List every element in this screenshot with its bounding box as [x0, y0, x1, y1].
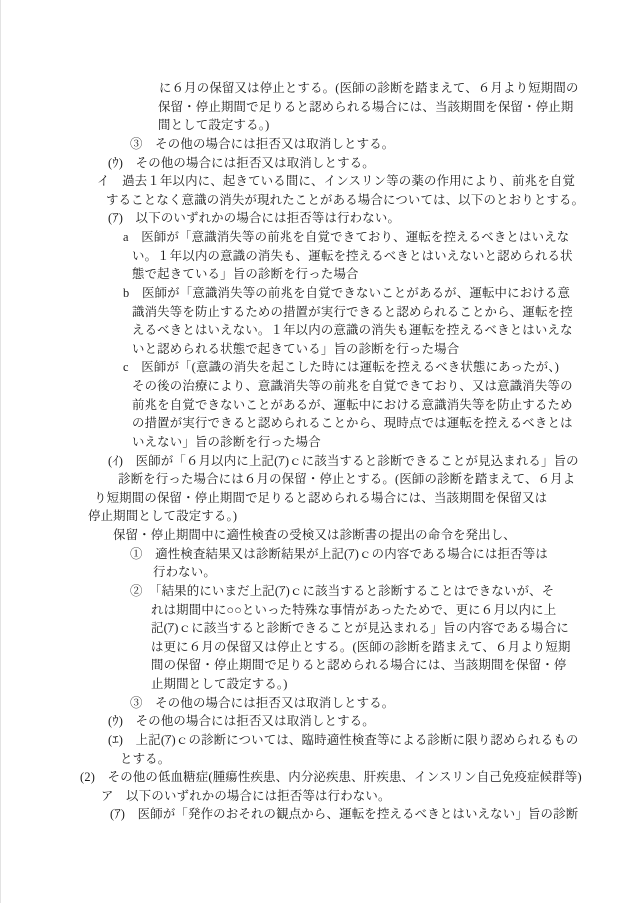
text-line: 止期間として設定する。): [0, 675, 630, 694]
text-line: れは期間中に○○といった特殊な事情があったためで、更に６月以内に上: [0, 601, 630, 620]
text-line: ア 以下のいずれかの場合には拒否等は行わない。: [0, 787, 630, 806]
text-line: (ｴ) 上記(ｱ)ｃの診断については、臨時適性検査等による診断に限り認められるも…: [0, 731, 630, 750]
text-line: に６月の保留又は停止とする。(医師の診断を踏まえて、６月より短期間の: [0, 79, 630, 98]
text-line: (ｲ) 医師が「６月以内に上記(ｱ)ｃに該当すると診断できることが見込まれる」旨…: [0, 452, 630, 471]
document-page: に６月の保留又は停止とする。(医師の診断を踏まえて、６月より短期間の保留・停止期…: [0, 0, 630, 903]
text-line: することなく意識の消失が現れたことがある場合については、以下のとおりとする。: [0, 191, 630, 210]
text-line: いと認められる状態で起きている」旨の診断を行った場合: [0, 340, 630, 359]
text-line: 保留・停止期間中に適性検査の受検又は診断書の提出の命令を発出し、: [0, 526, 630, 545]
document-body: に６月の保留又は停止とする。(医師の診断を踏まえて、６月より短期間の保留・停止期…: [0, 79, 630, 824]
text-line: ③ その他の場合には拒否又は取消しとする。: [0, 135, 630, 154]
text-line: の措置が実行できると認められることから、現時点では運転を控えるべきとは: [0, 414, 630, 433]
text-line: 前兆を自覚できないことがあるが、運転中における意識消失等を防止するため: [0, 396, 630, 415]
text-line: は更に６月の保留又は停止とする。(医師の診断を踏まえて、６月より短期: [0, 638, 630, 657]
text-line: とする。: [0, 750, 630, 769]
text-line: その後の治療により、意識消失等の前兆を自覚できており、又は意識消失等の: [0, 377, 630, 396]
text-line: 間の保留・停止期間で足りると認められる場合には、当該期間を保留・停: [0, 656, 630, 675]
text-line: えるべきとはいえない。１年以内の意識の消失も運転を控えるべきとはいえな: [0, 321, 630, 340]
text-line: ① 適性検査結果又は診断結果が上記(ｱ)ｃの内容である場合には拒否等は: [0, 545, 630, 564]
text-line: イ 過去１年以内に、起きている間に、インスリン等の薬の作用により、前兆を自覚: [0, 172, 630, 191]
text-line: 記(ｱ)ｃに該当すると診断できることが見込まれる」旨の内容である場合に: [0, 619, 630, 638]
text-line: (ｳ) その他の場合には拒否又は取消しとする。: [0, 154, 630, 173]
text-line: 行わない。: [0, 563, 630, 582]
text-line: 診断を行った場合には６月の保留・停止とする。(医師の診断を踏まえて、６月よ: [0, 470, 630, 489]
text-line: い。１年以内の意識の消失も、運転を控えるべきとはいえないと認められる状: [0, 247, 630, 266]
text-line: 停止期間として設定する。): [0, 507, 630, 526]
text-line: c 医師が「(意識の消失を起こした時には運転を控えるべき状態にあったが、): [0, 358, 630, 377]
text-line: 態で起きている」旨の診断を行った場合: [0, 265, 630, 284]
text-line: 保留・停止期間で足りると認められる場合には、当該期間を保留・停止期: [0, 98, 630, 117]
text-line: 間として設定する。): [0, 116, 630, 135]
text-line: いえない」旨の診断を行った場合: [0, 433, 630, 452]
text-line: (ｳ) その他の場合には拒否又は取消しとする。: [0, 712, 630, 731]
text-line: (2) その他の低血糖症(腫瘍性疾患、内分泌疾患、肝疾患、インスリン自己免疫症候…: [0, 768, 630, 787]
text-line: ③ その他の場合には拒否又は取消しとする。: [0, 694, 630, 713]
text-line: り短期間の保留・停止期間で足りると認められる場合には、当該期間を保留又は: [0, 489, 630, 508]
text-line: b 医師が「意識消失等の前兆を自覚できないことがあるが、運転中における意: [0, 284, 630, 303]
text-line: ② 「結果的にいまだ上記(ｱ)ｃに該当すると診断することはできないが、そ: [0, 582, 630, 601]
text-line: 識消失等を防止するための措置が実行できると認められることから、運転を控: [0, 303, 630, 322]
text-line: (ｱ) 以下のいずれかの場合には拒否等は行わない。: [0, 209, 630, 228]
text-line: (ｱ) 医師が「発作のおそれの観点から、運転を控えるべきとはいえない」旨の診断: [0, 805, 630, 824]
text-line: a 医師が「意識消失等の前兆を自覚できており、運転を控えるべきとはいえな: [0, 228, 630, 247]
